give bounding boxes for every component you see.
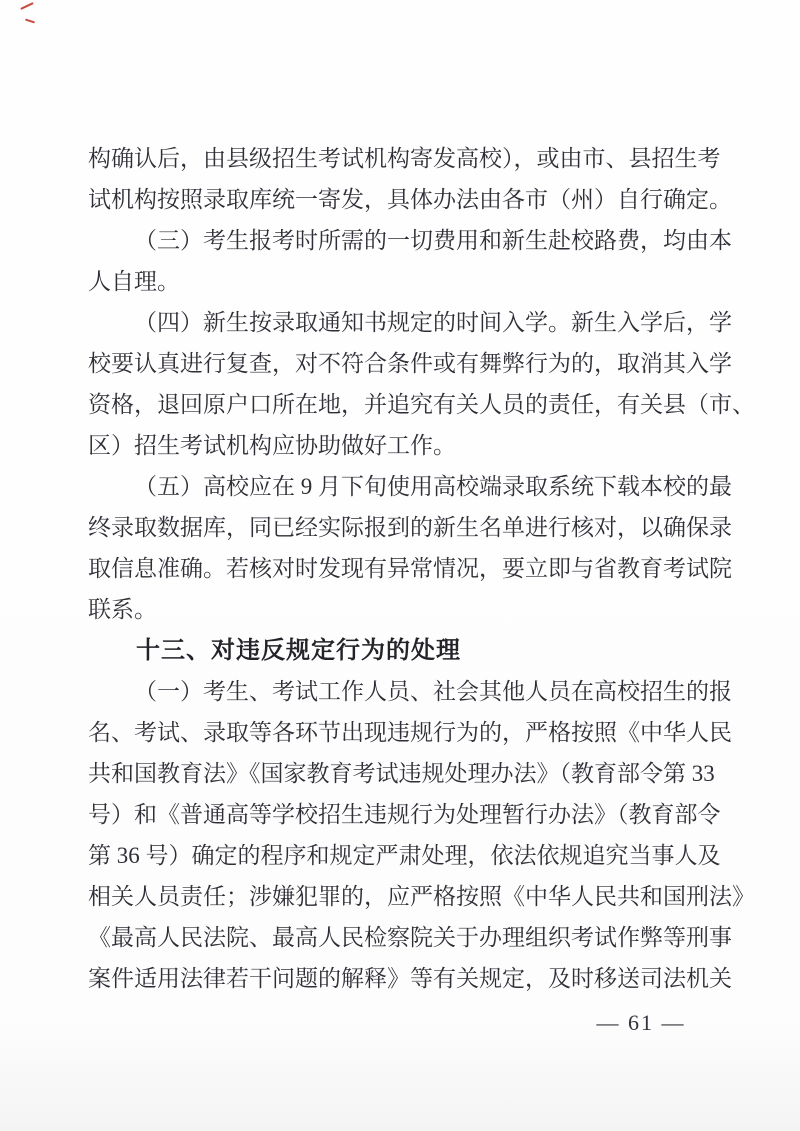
text-line: 案件适用法律若干问题的解释》等有关规定，及时移送司法机关 (88, 958, 736, 999)
text-line: （一）考生、考试工作人员、社会其他人员在高校招生的报 (88, 671, 736, 712)
red-stroke-icon (25, 19, 35, 24)
text-line: 号）和《普通高等学校招生违规行为处理暂行办法》（教育部令 (88, 794, 736, 835)
text-line: 名、考试、录取等各环节出现违规行为的，严格按照《中华人民 (88, 712, 736, 753)
text-line: 试机构按照录取库统一寄发，具体办法由各市（州）自行确定。 (88, 179, 736, 220)
text-line: 取信息准确。若核对时发现有异常情况，要立即与省教育考试院 (88, 548, 736, 589)
red-stroke-icon (20, 2, 34, 10)
text-line: 共和国教育法》《国家教育考试违规处理办法》（教育部令第 33 (88, 753, 736, 794)
text-line: 构确认后，由县级招生考试机构寄发高校），或由市、县招生考 (88, 138, 736, 179)
text-line: 《最高人民法院、最高人民检察院关于办理组织考试作弊等刑事 (88, 917, 736, 958)
text-line: 联系。 (88, 589, 736, 630)
section-heading: 十三、对违反规定行为的处理 (88, 630, 736, 671)
text-line: 终录取数据库，同已经实际报到的新生名单进行核对，以确保录 (88, 507, 736, 548)
text-line: 校要认真进行复查，对不符合条件或有舞弊行为的，取消其入学 (88, 343, 736, 384)
red-pen-mark-icon (20, 5, 50, 35)
page-number: — 61 — (561, 1010, 721, 1036)
text-line: （四）新生按录取通知书规定的时间入学。新生入学后，学 (88, 302, 736, 343)
text-line: 资格，退回原户口所在地，并追究有关人员的责任，有关县（市、 (88, 384, 736, 425)
text-line: 第 36 号）确定的程序和规定严肃处理，依法依规追究当事人及 (88, 835, 736, 876)
text-line: 区）招生考试机构应协助做好工作。 (88, 425, 736, 466)
text-line: （五）高校应在 9 月下旬使用高校端录取系统下载本校的最 (88, 466, 736, 507)
text-line: 相关人员责任；涉嫌犯罪的，应严格按照《中华人民共和国刑法》 (88, 876, 736, 917)
text-line: 人自理。 (88, 261, 736, 302)
document-page: 构确认后，由县级招生考试机构寄发高校），或由市、县招生考 试机构按照录取库统一寄… (0, 0, 800, 1131)
document-body: 构确认后，由县级招生考试机构寄发高校），或由市、县招生考 试机构按照录取库统一寄… (88, 138, 736, 999)
text-line: （三）考生报考时所需的一切费用和新生赴校路费，均由本 (88, 220, 736, 261)
